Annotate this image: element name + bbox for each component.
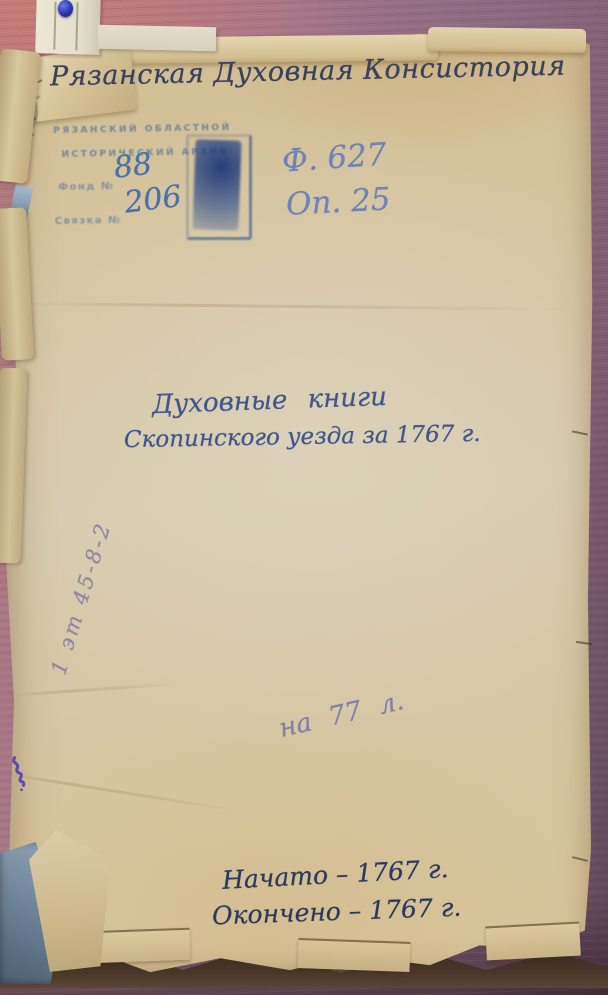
archival-folder-photo: Рязанская Духовная Консистория РЯЗАНСКИЙ… bbox=[0, 0, 608, 995]
bookmark-card-strip bbox=[98, 25, 216, 51]
torn-bottom-flap bbox=[298, 938, 411, 972]
stamp-fond-label: Фонд № bbox=[58, 181, 114, 193]
stamp-bundle-label: Связка № bbox=[55, 215, 122, 227]
archive-stamp: РЯЗАНСКИЙ ОБЛАСТНОЙ ИСТОРИЧЕСКИЙ АРХИВ Ф… bbox=[45, 116, 297, 242]
stamp-fond-value: 88 bbox=[112, 146, 154, 185]
blue-pin-icon bbox=[58, 0, 73, 17]
stamp-bundle-value: 206 bbox=[122, 179, 183, 221]
opis-number: Оп. 25 bbox=[285, 181, 391, 222]
fond-number: Ф. 627 bbox=[281, 136, 388, 179]
torn-bottom-flap bbox=[485, 922, 581, 961]
crumpled-top-edge bbox=[428, 27, 586, 53]
ink-blot-frame bbox=[186, 134, 252, 240]
